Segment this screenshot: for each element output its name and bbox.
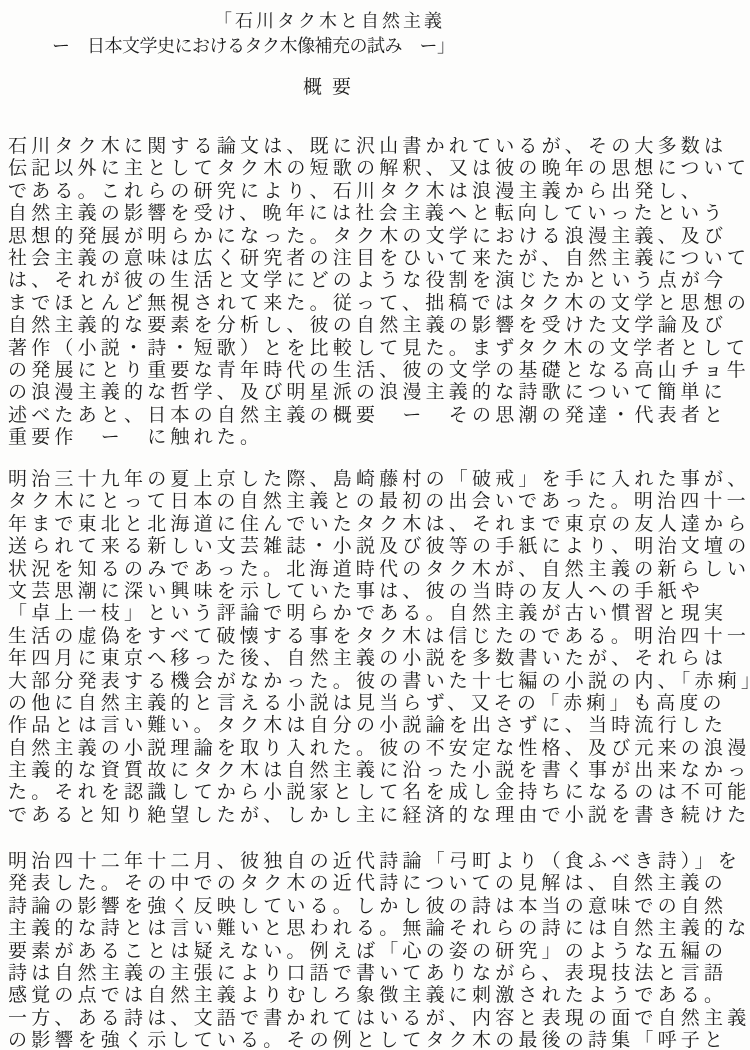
text-line: 生活の虚偽をすべて破懐する事をタク木は信じたのである。明治四十一 xyxy=(8,625,750,647)
text-line: 自然主義の小説理論を取り入れた。彼の不安定な性格、及び元来の浪漫 xyxy=(8,737,750,759)
text-line: は、それが彼の生活と文学にどのような役割を演じたかという点が今 xyxy=(8,269,750,291)
text-line: 要素があることは疑えない。例えば「心の姿の研究」のような五編の xyxy=(8,940,750,962)
text-line: 「卓上一枝」という評論で明らかである。自然主義が古い慣習と現実 xyxy=(8,602,750,624)
text-line: であると知り絶望したが、しかし主に経済的な理由で小説を書き続けた。 xyxy=(8,804,750,826)
text-line: た。それを認識してから小説家として名を成し金持ちになるのは不可能 xyxy=(8,781,750,803)
paragraph-1: 石川タク木に関する論文は、既に沢山書かれているが、その大多数は伝記以外に主として… xyxy=(8,135,750,448)
text-line: 述べたあと、日本の自然主義の概要 ー その思潮の発達・代表者と xyxy=(8,404,750,426)
text-line: の他に自然主義的と言える小説は見当らず、又その「赤痢」も高度の xyxy=(8,692,750,714)
text-line: 重要作 ー に触れた。 xyxy=(8,426,750,448)
text-line: 作品とは言い難い。タク木は自分の小説論を出さずに、当時流行した xyxy=(8,714,750,736)
text-line: 感覚の点では自然主義よりむしろ象徴主義に刺激されたようである。 xyxy=(8,984,750,1006)
text-line: 伝記以外に主としてタク木の短歌の解釈、又は彼の晩年の思想について xyxy=(8,157,750,179)
section-heading: 概 要 xyxy=(303,72,353,99)
text-line: の影響を強く示している。その例としてタク木の最後の詩集「呼子と xyxy=(8,1029,750,1050)
text-line: 明治四十二年十二月、彼独自の近代詩論「弓町より（食ふべき詩）」を xyxy=(8,850,750,872)
text-line: 社会主義の意味は広く研究者の注目をひいて来たが、自然主義について xyxy=(8,247,750,269)
text-line: の浪漫主義的な哲学、及び明星派の浪漫主義的な詩歌について簡単に xyxy=(8,381,750,403)
text-line: の発展にとり重要な青年時代の生活、彼の文学の基礎となる高山チョ牛 xyxy=(8,359,750,381)
text-line: 思想的発展が明らかになった。タク木の文学における浪漫主義、及び xyxy=(8,225,750,247)
text-line: 主義的な資質故にタク木は自然主義に沿った小説を書く事が出来なかっ xyxy=(8,759,750,781)
title-line-2: ー 日本文学史におけるタク木像補充の試み ー」 xyxy=(52,32,455,58)
text-line: 主義的な詩とは言い難いと思われる。無論それらの詩には自然主義的な xyxy=(8,917,750,939)
text-line: までほとんど無視されて来た。従って、拙稿ではタク木の文学と思想の xyxy=(8,292,750,314)
text-line: 送られて来る新しい文芸雑誌・小説及び彼等の手紙により、明治文壇の xyxy=(8,535,750,557)
text-line: 明治三十九年の夏上京した際、島崎藤村の「破戒」を手に入れた事が、 xyxy=(8,468,750,490)
text-line: 大部分発表する機会がなかった。彼の書いた十七編の小説の内、「赤痢」 xyxy=(8,670,750,692)
text-line: 自然主義的な要素を分析し、彼の自然主義の影響を受けた文学論及び xyxy=(8,314,750,336)
text-line: 詩論の影響を強く反映している。しかし彼の詩は本当の意味での自然 xyxy=(8,895,750,917)
text-line: 発表した。その中でのタク木の近代詩についての見解は、自然主義の xyxy=(8,872,750,894)
text-line: 一方、ある詩は、文語で書かれてはいるが、内容と表現の面で自然主義 xyxy=(8,1007,750,1029)
title-line-1: 「石川タク木と自然主義 xyxy=(214,7,445,33)
text-line: である。これらの研究により、石川タク木は浪漫主義から出発し、 xyxy=(8,180,750,202)
text-line: 状況を知るのみであった。北海道時代のタク木が、自然主義の新らしい xyxy=(8,558,750,580)
text-line: 石川タク木に関する論文は、既に沢山書かれているが、その大多数は xyxy=(8,135,750,157)
text-line: 著作（小説・詩・短歌）とを比較して見た。まずタク木の文学者として xyxy=(8,337,750,359)
text-line: 年まで東北と北海道に住んでいたタク木は、それまで東京の友人達から xyxy=(8,513,750,535)
paragraph-2: 明治三十九年の夏上京した際、島崎藤村の「破戒」を手に入れた事が、タク木にとって日… xyxy=(8,468,750,826)
text-line: 詩は自然主義の主張により口語で書いてありながら、表現技法と言語 xyxy=(8,962,750,984)
document-page: 「石川タク木と自然主義 ー 日本文学史におけるタク木像補充の試み ー」 概 要 … xyxy=(0,0,750,1050)
text-line: 年四月に東京へ移った後、自然主義の小説を多数書いたが、それらは xyxy=(8,647,750,669)
text-line: 文芸思潮に深い興味を示していた事は、彼の当時の友人への手紙や xyxy=(8,580,750,602)
paragraph-3: 明治四十二年十二月、彼独自の近代詩論「弓町より（食ふべき詩）」を発表した。その中… xyxy=(8,850,750,1050)
text-line: タク木にとって日本の自然主義との最初の出会いであった。明治四十一 xyxy=(8,490,750,512)
text-line: 自然主義の影響を受け、晩年には社会主義へと転向していったという xyxy=(8,202,750,224)
